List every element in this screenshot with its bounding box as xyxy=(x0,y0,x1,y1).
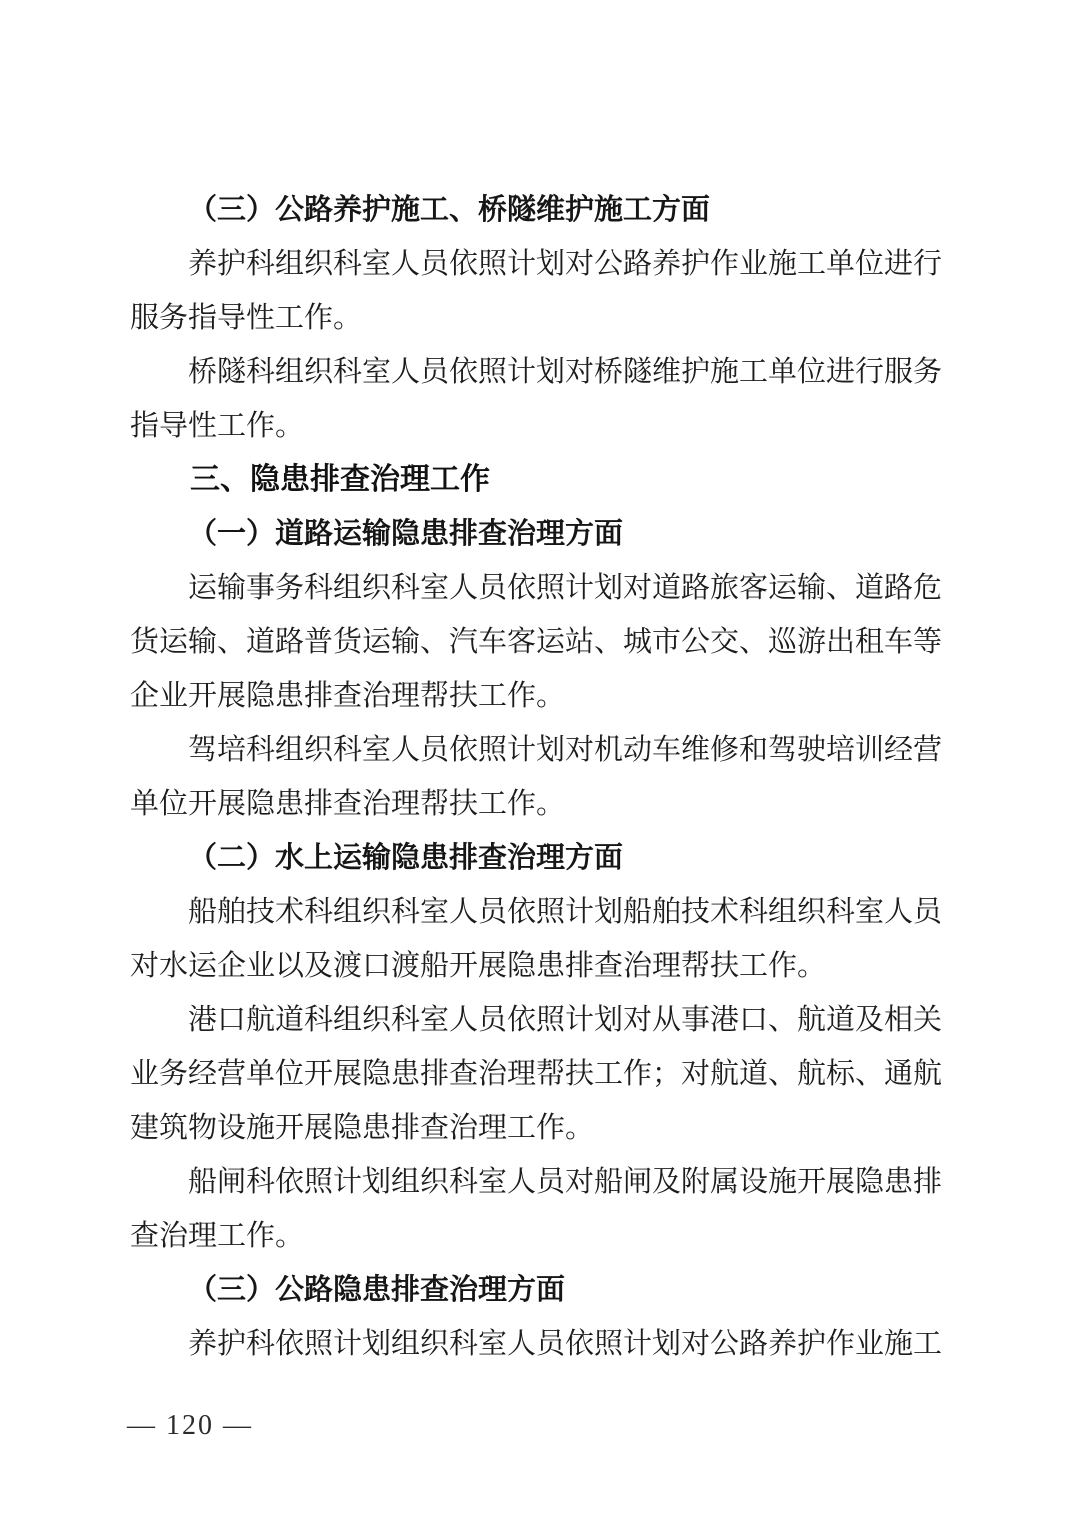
paragraph-maintenance-division: 养护科组织科室人员依照计划对公路养护作业施工单位进行服务指导性工作。 xyxy=(130,237,942,345)
paragraph-transport-affairs-division: 运输事务科组织科室人员依照计划对道路旅客运输、道路危货运输、道路普货运输、汽车客… xyxy=(130,561,942,723)
paragraph-bridge-tunnel-division: 桥隧科组织科室人员依照计划对桥隧维护施工单位进行服务指导性工作。 xyxy=(130,345,942,453)
section-heading-hidden-danger-investigation: 三、隐患排查治理工作 xyxy=(130,453,942,507)
subsection-heading-water-transport: （二）水上运输隐患排查治理方面 xyxy=(130,831,942,885)
subsection-heading-highway-hidden-danger: （三）公路隐患排查治理方面 xyxy=(130,1263,942,1317)
paragraph-ship-technology-division: 船舶技术科组织科室人员依照计划船舶技术科组织科室人员对水运企业以及渡口渡船开展隐… xyxy=(130,885,942,993)
paragraph-driver-training-division: 驾培科组织科室人员依照计划对机动车维修和驾驶培训经营单位开展隐患排查治理帮扶工作… xyxy=(130,723,942,831)
paragraph-maintenance-division-highway: 养护科依照计划组织科室人员依照计划对公路养护作业施工 xyxy=(130,1317,942,1371)
subsection-heading-road-transport: （一）道路运输隐患排查治理方面 xyxy=(130,507,942,561)
paragraph-ship-lock-division: 船闸科依照计划组织科室人员对船闸及附属设施开展隐患排查治理工作。 xyxy=(130,1155,942,1263)
document-body: （三）公路养护施工、桥隧维护施工方面 养护科组织科室人员依照计划对公路养护作业施… xyxy=(130,183,942,1371)
page-number: — 120 — xyxy=(127,1406,253,1446)
subsection-heading-road-bridge-tunnel-maintenance: （三）公路养护施工、桥隧维护施工方面 xyxy=(130,183,942,237)
document-page: （三）公路养护施工、桥隧维护施工方面 养护科组织科室人员依照计划对公路养护作业施… xyxy=(0,0,1074,1520)
paragraph-port-waterway-division: 港口航道科组织科室人员依照计划对从事港口、航道及相关业务经营单位开展隐患排查治理… xyxy=(130,993,942,1155)
